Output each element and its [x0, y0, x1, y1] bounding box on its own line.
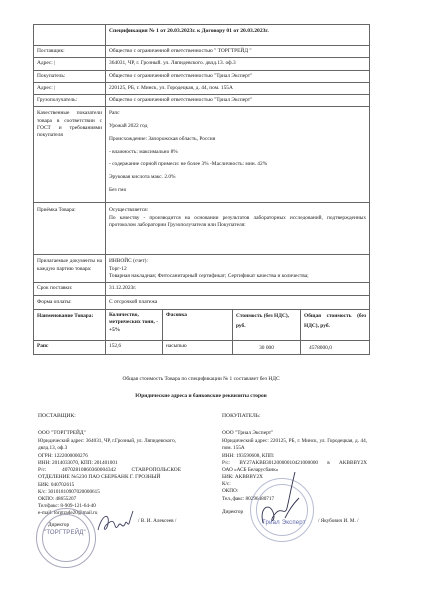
- supplier-address: Юридический адрес: 364031, ЧР, г.Грозный…: [38, 438, 181, 452]
- quality-line: - влажность: максимально 8%: [109, 149, 366, 156]
- quality-line: - содержание сорной примеси: не более 3%…: [109, 161, 366, 168]
- col-header-qty: Количество, метрических тонн, - +5%: [106, 309, 163, 340]
- supplier-heading: ПОСТАВЩИК:: [38, 413, 181, 421]
- documents-label: Прилагаемые документы на каждую партию т…: [34, 255, 106, 283]
- quality-line: Эруковая кислота макс. 2.0%: [109, 174, 366, 181]
- delivery-value: 31.12.2023г.: [106, 283, 370, 295]
- supplier-stamp: [36, 508, 96, 568]
- acceptance-line-2: По качеству - производится на основании …: [109, 215, 366, 230]
- product-name: Рапс: [34, 340, 106, 354]
- supplier-signature-icon: [96, 508, 136, 536]
- supplier-address-label: Адрес: |: [34, 58, 106, 70]
- col-header-packing: Фасовка: [163, 309, 233, 340]
- quality-line: Урожай 2022 год: [109, 123, 366, 130]
- supplier-inn: ИНН: 2014033070, КПП: 201401001: [38, 460, 181, 467]
- buyer-heading: ПОКУПАТЕЛЬ:: [222, 413, 367, 421]
- acceptance-line-1: Осуществляется:: [109, 207, 366, 214]
- supplier-name: ООО "ТОРГТРЕЙД": [38, 430, 181, 437]
- col-header-total: Общая стоимость (без НДС), руб.: [301, 309, 370, 340]
- spec-title: Спецификация № 1 от 20.03.2023г. к Догов…: [106, 25, 370, 46]
- documents-line-2: Торг-12: [109, 266, 366, 273]
- buyer-signature-icon: [255, 468, 305, 528]
- col-header-price: Стоимость (без НДС), руб.: [233, 309, 301, 340]
- product-total: 4578000,0: [301, 340, 370, 354]
- acceptance-label: Приёмка Товара:: [34, 203, 106, 255]
- supplier-ogrn: ОГРН: 1222000000276: [38, 453, 181, 460]
- delivery-label: Срок поставки:: [34, 283, 106, 295]
- supplier-value: Общество с ограниченной ответственностью…: [106, 46, 370, 58]
- quality-line: Рапс: [109, 110, 366, 117]
- buyer-label: Покупатель:: [34, 70, 106, 82]
- col-header-name: Наименование Товара:: [34, 309, 106, 340]
- supplier-ks: К/с: 30101810907020000615: [38, 489, 181, 496]
- documents-value: ИНВОЙС (счет): Торг-12 Товарная накладна…: [106, 255, 370, 283]
- supplier-address-value: 364031, ЧР, г. Грозный. ул. Ляпидевского…: [106, 58, 370, 70]
- title-empty-cell: [34, 25, 106, 46]
- total-summary: Общая стоимость Товара по спецификации №…: [33, 376, 369, 382]
- quality-label: Качественные показатели товара в соответ…: [34, 107, 106, 203]
- documents-line-3: Товарная накладная; Фитосанитарный серти…: [109, 273, 366, 280]
- product-price: 30 000: [233, 340, 301, 354]
- supplier-account: Р/с: 40702810860360004342 СТАВРОПОЛЬСКОЕ…: [38, 467, 181, 482]
- supplier-stamp-text: "ТОРГТРЕЙД": [44, 530, 86, 536]
- specification-table: Спецификация № 1 от 20.03.2023г. к Догов…: [33, 24, 370, 355]
- acceptance-value: Осуществляется: По качеству - производит…: [106, 203, 370, 255]
- buyer-value: Общество с ограниченной ответственностью…: [106, 70, 370, 82]
- documents-line-1: ИНВОЙС (счет):: [109, 258, 366, 265]
- consignee-label: Грузополучатель:: [34, 95, 106, 107]
- buyer-address-label: Адрес: |: [34, 82, 106, 94]
- payment-label: Форма оплаты:: [34, 295, 106, 309]
- buyer-address: Юридический адрес: 220125, РБ, г. Минск,…: [222, 438, 367, 452]
- buyer-address-value: 220125, РБ, г. Минск, ул. Городецкая, д.…: [106, 82, 370, 94]
- buyer-inn: ИНН: 193590608, КПП:: [222, 453, 367, 460]
- table-row: Рапс 152,6 насыпью 30 000 4578000,0: [34, 340, 370, 354]
- col-header-name-text: Наименование Товара:: [37, 313, 93, 319]
- quality-line: Происхождение: Запорожская область, Росс…: [109, 136, 366, 143]
- document-page: Спецификация № 1 от 20.03.2023г. к Догов…: [0, 0, 424, 600]
- supplier-bik: БИК: 040702615: [38, 482, 181, 489]
- buyer-account: Р/с: BY27AKBB30120000010421000000 в AKBB…: [222, 460, 367, 467]
- product-qty: 152,6: [106, 340, 163, 354]
- consignee-value: Общество с ограниченной ответственностью…: [106, 95, 370, 107]
- requisites-title: Юридические адреса и банковские реквизит…: [33, 393, 369, 399]
- buyer-signature-name: / Якубович И. М. /: [318, 518, 359, 524]
- payment-value: С отсрочкой платежа: [106, 295, 370, 309]
- supplier-signature-name: / В. И. Алексеев /: [138, 518, 176, 524]
- buyer-name: ООО "Триал Эксперт": [222, 430, 367, 437]
- supplier-label: Поставщик:: [34, 46, 106, 58]
- quality-line: Без гмо: [109, 187, 366, 194]
- product-packing: насыпью: [163, 340, 233, 354]
- quality-value: Рапс Урожай 2022 год Происхождение: Запо…: [106, 107, 370, 203]
